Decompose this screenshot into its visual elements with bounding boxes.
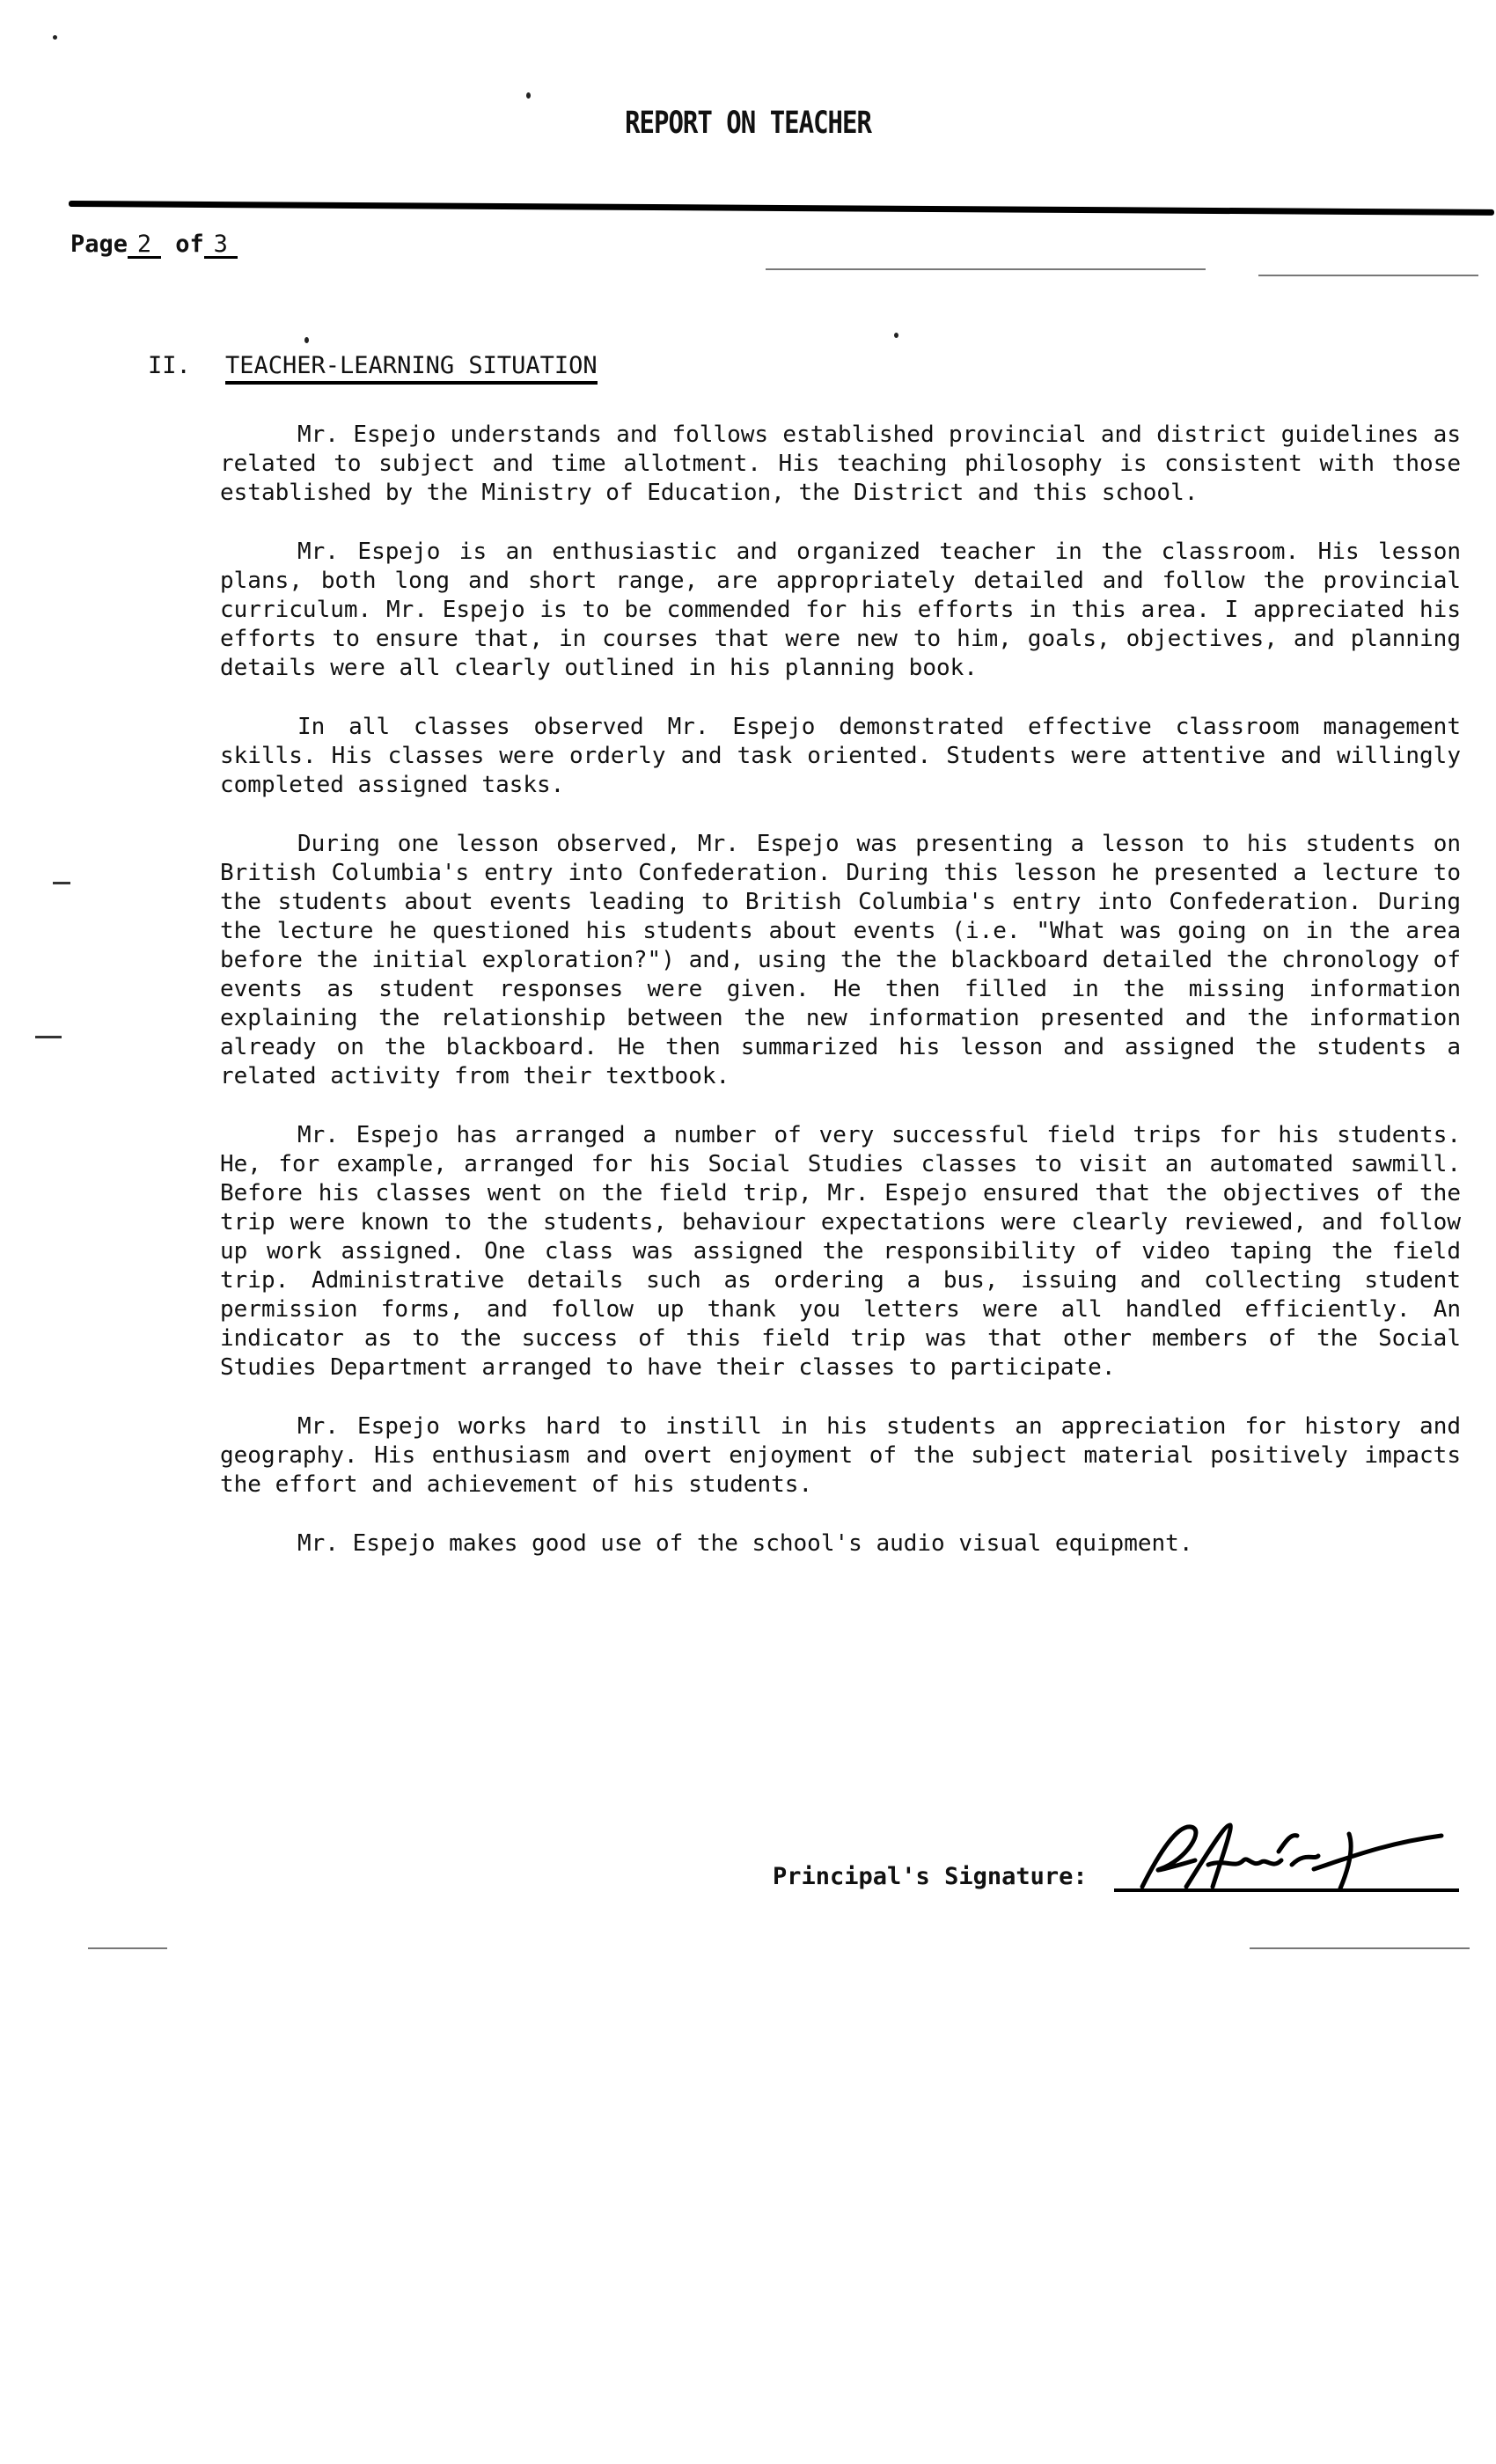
paragraph-classroom-management: In all classes observed Mr. Espejo demon… <box>220 713 1461 800</box>
handwritten-signature-icon <box>1125 1816 1459 1896</box>
scan-artifact-line <box>35 1036 62 1038</box>
scan-artifact-line <box>88 1947 167 1949</box>
paragraph-lesson-observed: During one lesson observed, Mr. Espejo w… <box>220 830 1461 1091</box>
section-number: II. <box>148 352 225 379</box>
page-indicator: Page2 of3 <box>70 231 238 259</box>
page-label: Page <box>70 231 128 258</box>
document-page: REPORT ON TEACHER Page2 of3 II.TEACHER-L… <box>0 0 1496 2464</box>
scan-speck <box>894 333 898 338</box>
signature-block: Principal's Signature: <box>773 1813 1459 1901</box>
page-current: 2 <box>128 233 161 259</box>
paragraph-appreciation: Mr. Espejo works hard to instill in his … <box>220 1412 1461 1500</box>
scan-artifact-line <box>1250 1947 1470 1949</box>
paragraph-audio-visual: Mr. Espejo makes good use of the school'… <box>220 1529 1461 1558</box>
page-of-label: of <box>175 231 204 258</box>
page-total: 3 <box>204 233 238 259</box>
scan-artifact-line <box>53 882 70 884</box>
report-body: Mr. Espejo understands and follows estab… <box>220 421 1461 1588</box>
paragraph-guidelines: Mr. Espejo understands and follows estab… <box>220 421 1461 508</box>
scan-speck <box>304 337 309 343</box>
signature-label: Principal's Signature: <box>773 1863 1088 1890</box>
document-title: REPORT ON TEACHER <box>0 105 1496 141</box>
scan-artifact-line <box>766 268 1206 270</box>
section-heading: TEACHER-LEARNING SITUATION <box>225 352 598 385</box>
scan-artifact-line <box>1258 275 1478 276</box>
scan-speck <box>526 92 531 99</box>
scan-speck <box>53 35 57 40</box>
paragraph-field-trips: Mr. Espejo has arranged a number of very… <box>220 1121 1461 1382</box>
header-rule <box>69 201 1494 216</box>
paragraph-organization: Mr. Espejo is an enthusiastic and organi… <box>220 538 1461 683</box>
section-header: II.TEACHER-LEARNING SITUATION <box>148 352 598 379</box>
